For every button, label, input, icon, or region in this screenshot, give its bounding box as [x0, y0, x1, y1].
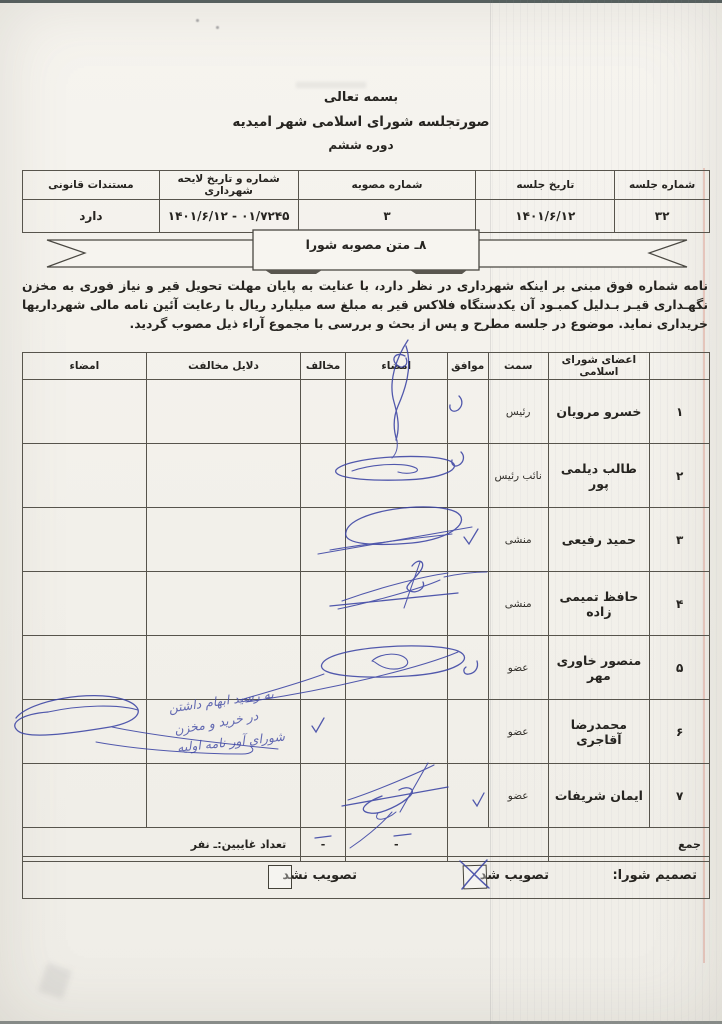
col-header-agree: موافق: [447, 353, 488, 380]
signature-cell: [345, 572, 447, 636]
member-position: منشی: [488, 508, 548, 572]
approved-checkbox: [463, 865, 488, 890]
member-row: ۵ منصور خاوری مهر عضو: [23, 636, 710, 700]
col-header-signature: امضاء: [345, 353, 447, 380]
agree-cell: [447, 380, 488, 444]
scan-ghost-text: [296, 82, 366, 88]
col-header-position: سمت: [488, 353, 548, 380]
row-number: ۴: [650, 572, 710, 636]
row-number: ۳: [650, 508, 710, 572]
signature-left-cell: [23, 636, 147, 700]
agree-cell: [447, 700, 488, 764]
council-decision-box: تصمیم شورا: تصویب شد تصویب نشد: [22, 856, 710, 899]
member-row: ۲ طالب دیلمی پور نائب رئیس: [23, 444, 710, 508]
decision-label: تصمیم شورا:: [612, 868, 697, 883]
row-number: ۲: [650, 444, 710, 508]
oppose-cell: [301, 572, 346, 636]
member-row: ۳ حمید رفیعی منشی: [23, 508, 710, 572]
signature-cell: [345, 764, 447, 828]
oppose-reasons-cell: [146, 380, 301, 444]
signature-left-cell: [23, 444, 147, 508]
session-info-table: شماره جلسه تاریخ جلسه شماره مصوبه شماره …: [22, 170, 710, 233]
session-date-header: تاریخ جلسه: [476, 171, 615, 200]
legal-docs-header: مستندات قانونی: [23, 171, 160, 200]
vote-table: اعضای شورای اسلامی سمت موافق امضاء مخالف…: [22, 352, 710, 862]
resolution-number-header: شماره مصوبه: [298, 171, 476, 200]
signature-left-cell: [23, 380, 147, 444]
session-number-header: شماره جلسه: [615, 171, 710, 200]
member-position: عضو: [488, 636, 548, 700]
rejected-checkbox: [268, 865, 292, 889]
signature-cell: [345, 444, 447, 508]
ribbon-banner-graphic: [22, 227, 710, 277]
member-row: ۷ ایمان شریفات عضو: [23, 764, 710, 828]
scanned-document-page: بسمه تعالی صورتجلسه شورای اسلامی شهر امی…: [0, 0, 722, 1024]
oppose-cell: [301, 764, 346, 828]
agree-cell: [447, 572, 488, 636]
col-header-members: اعضای شورای اسلامی: [548, 353, 650, 380]
oppose-reasons-cell: [146, 444, 301, 508]
resolution-banner: ۸ـ متن مصوبه شورا: [22, 227, 710, 277]
member-position: نائب رئیس: [488, 444, 548, 508]
row-number: ۶: [650, 700, 710, 764]
member-name: محمدرضا آقاجری: [548, 700, 650, 764]
approved-label: تصویب شد: [480, 868, 549, 883]
oppose-reasons-cell: [146, 508, 301, 572]
banner-label: ۸ـ متن مصوبه شورا: [254, 237, 478, 252]
document-title: صورتجلسه شورای اسلامی شهر امیدیه: [0, 114, 722, 130]
member-name: خسرو مرویان: [548, 380, 650, 444]
oppose-reasons-cell: [146, 764, 301, 828]
document-header: بسمه تعالی صورتجلسه شورای اسلامی شهر امی…: [0, 90, 722, 152]
vote-table-header-row: اعضای شورای اسلامی سمت موافق امضاء مخالف…: [23, 353, 710, 380]
col-header-oppose-reasons: دلایل مخالفت: [146, 353, 301, 380]
bismillah-text: بسمه تعالی: [0, 90, 722, 105]
col-header-oppose: مخالف: [301, 353, 346, 380]
oppose-cell: [301, 508, 346, 572]
agree-cell: [447, 764, 488, 828]
oppose-cell: [301, 380, 346, 444]
member-position: عضو: [488, 764, 548, 828]
scan-smudge: [38, 963, 72, 1000]
agree-cell: [447, 444, 488, 508]
signature-cell: [345, 508, 447, 572]
bill-number-header: شماره و تاریخ لایحه شهرداری: [159, 171, 298, 200]
rejected-label: تصویب نشد: [282, 868, 357, 883]
scan-dot: [216, 26, 219, 29]
member-position: رئیس: [488, 380, 548, 444]
member-name: ایمان شریفات: [548, 764, 650, 828]
member-name: حمید رفیعی: [548, 508, 650, 572]
member-position: منشی: [488, 572, 548, 636]
scan-dot: [196, 19, 199, 22]
signature-cell: [345, 636, 447, 700]
signature-cell: [345, 380, 447, 444]
signature-left-cell: [23, 764, 147, 828]
term-text: دوره ششم: [0, 138, 722, 152]
row-number: ۵: [650, 636, 710, 700]
agree-cell: [447, 636, 488, 700]
member-name: طالب دیلمی پور: [548, 444, 650, 508]
oppose-reasons-cell: [146, 572, 301, 636]
member-position: عضو: [488, 700, 548, 764]
member-name: حافظ تمیمی زاده: [548, 572, 650, 636]
member-row: ۱ خسرو مرویان رئیس: [23, 380, 710, 444]
member-row: ۶ محمدرضا آقاجری عضو: [23, 700, 710, 764]
row-number: ۱: [650, 380, 710, 444]
agree-cell: [447, 508, 488, 572]
row-number: ۷: [650, 764, 710, 828]
resolution-text: نامه شماره فوق مبنی بر اینکه شهرداری در …: [22, 276, 708, 333]
signature-cell: [345, 700, 447, 764]
oppose-cell: [301, 444, 346, 508]
col-header-signature-left: امضاء: [23, 353, 147, 380]
col-header-row-number: [650, 353, 710, 380]
member-name: منصور خاوری مهر: [548, 636, 650, 700]
signature-left-cell: [23, 508, 147, 572]
member-row: ۴ حافظ تمیمی زاده منشی: [23, 572, 710, 636]
signature-left-cell: [23, 572, 147, 636]
